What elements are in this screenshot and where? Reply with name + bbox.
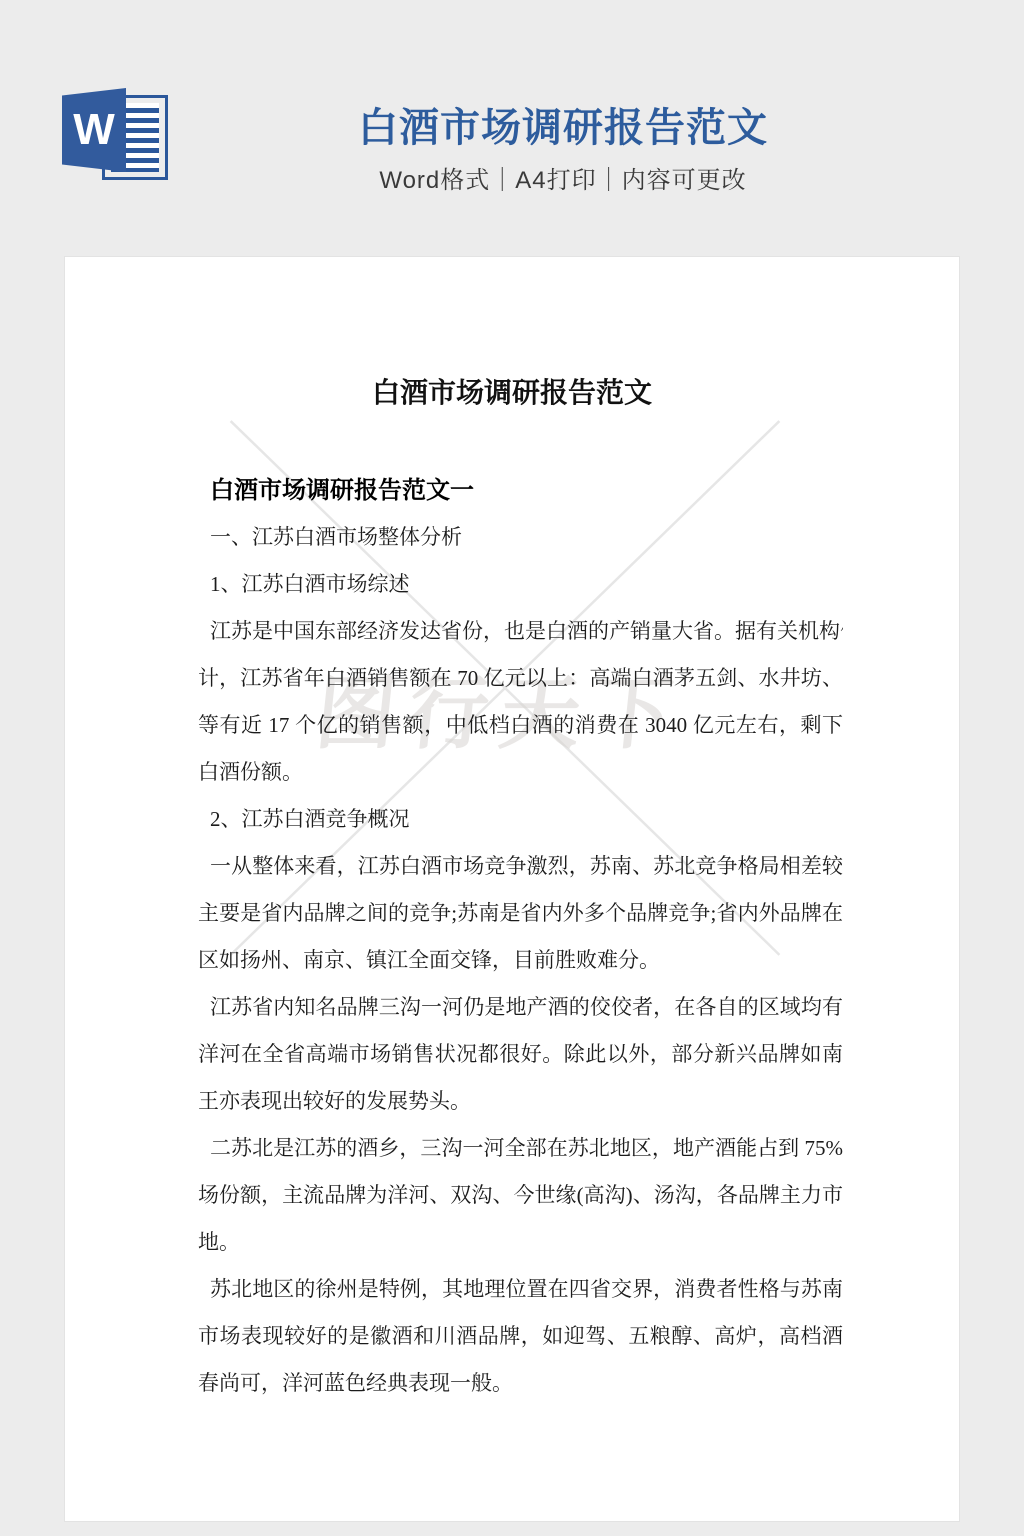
document-page: 图行天下 白酒市场调研报告范文 白酒市场调研报告范文一 一、江苏白酒市场整体分析…	[64, 256, 960, 1522]
word-icon-letter: W	[73, 108, 115, 152]
document-line: 白酒份额。	[198, 749, 843, 796]
document-line: 二苏北是江苏的酒乡，三沟一河全部在苏北地区，地产酒能占到 75%左右的市	[198, 1125, 843, 1172]
document-title: 白酒市场调研报告范文	[65, 257, 959, 411]
preview-header: W 白酒市场调研报告范文 Word格式｜A4打印｜内容可更改	[0, 0, 1024, 256]
document-line: 一从整体来看，江苏白酒市场竞争激烈，苏南、苏北竞争格局相差较大：苏北	[198, 843, 843, 890]
document-line: 春尚可，洋河蓝色经典表现一般。	[198, 1360, 843, 1407]
document-line: 2、江苏白酒竞争概况	[198, 796, 843, 843]
document-line: 区如扬州、南京、镇江全面交锋，目前胜败难分。	[198, 937, 843, 984]
document-line: 市场表现较好的是徽酒和川酒品牌，如迎驾、五粮醇、高炉，高档酒口子、五粮	[198, 1313, 843, 1360]
document-line: 计，江苏省年白酒销售额在 70 亿元以上：高端白酒茅五剑、水井坊、国窖 1573	[198, 655, 843, 702]
template-subtitle: Word格式｜A4打印｜内容可更改	[168, 160, 958, 195]
document-body: 白酒市场调研报告范文一 一、江苏白酒市场整体分析 1、江苏白酒市场综述 江苏是中…	[198, 467, 843, 1407]
template-preview-canvas: W 白酒市场调研报告范文 Word格式｜A4打印｜内容可更改 图行天下 白酒市场…	[0, 0, 1024, 1536]
document-line: 江苏是中国东部经济发达省份，也是白酒的产销量大省。据有关机构估	[198, 608, 843, 655]
document-line: 主要是省内品牌之间的竞争;苏南是省内外多个品牌竞争;省内外品牌在苏中地	[198, 890, 843, 937]
document-line: 等有近 17 个亿的销售额，中低档白酒的消费在 3040 亿元左右，剩下的则为中…	[198, 702, 843, 749]
document-line: 场份额，主流品牌为洋河、双沟、今世缘(高沟)、汤沟，各品牌主力市场均在本	[198, 1172, 843, 1219]
document-line: 地。	[198, 1219, 843, 1266]
document-line: 江苏省内知名品牌三沟一河仍是地产酒的佼佼者，在各自的区域均有较好表现，	[198, 984, 843, 1031]
document-line: 洋河在全省高端市场销售状况都很好。除此以外，部分新兴品牌如南通市场的品	[198, 1031, 843, 1078]
ms-word-icon: W	[62, 88, 168, 172]
document-line: 王亦表现出较好的发展势头。	[198, 1078, 843, 1125]
word-icon-panel: W	[62, 88, 126, 172]
document-line: 一、江苏白酒市场整体分析	[198, 514, 843, 561]
document-line: 1、江苏白酒市场综述	[198, 561, 843, 608]
document-line: 苏北地区的徐州是特例，其地理位置在四省交界，消费者性格与苏南差别很大，	[198, 1266, 843, 1313]
template-title: 白酒市场调研报告范文	[168, 96, 958, 153]
document-heading: 白酒市场调研报告范文一	[198, 467, 843, 514]
